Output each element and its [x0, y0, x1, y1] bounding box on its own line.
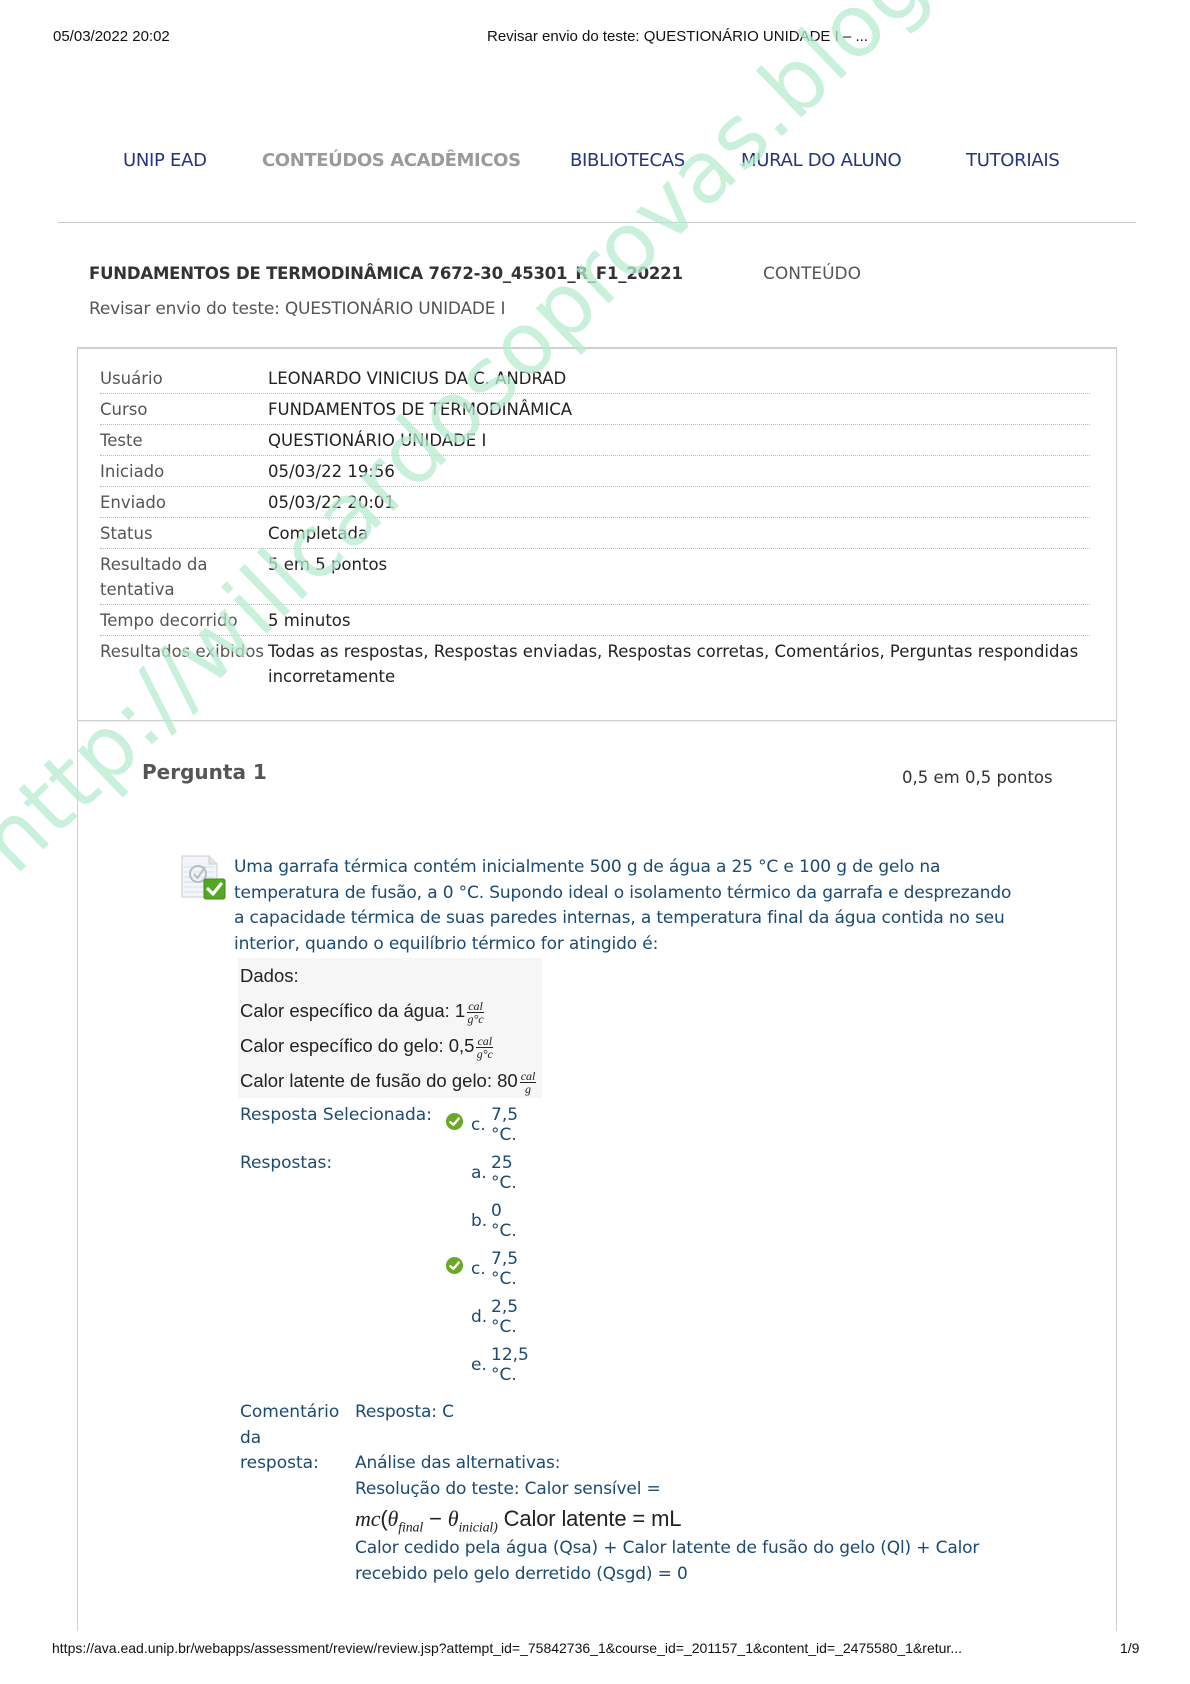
summary-label: Status — [100, 521, 268, 546]
answer-text: 12,5 °C. — [491, 1345, 529, 1385]
answer-text: 2,5 °C. — [491, 1297, 518, 1337]
summary-label: Teste — [100, 428, 268, 453]
answer-letter: c. — [471, 1259, 486, 1279]
comment-analysis: Análise das alternativas: — [355, 1451, 1005, 1477]
page-title: Revisar envio do teste: QUESTIONÁRIO UNI… — [89, 299, 505, 319]
question-text: Uma garrafa térmica contém inicialmente … — [234, 855, 1024, 957]
answer-text: 0 °C. — [491, 1201, 517, 1241]
summary-value: FUNDAMENTOS DE TERMODINÂMICA — [268, 397, 1090, 422]
summary-row: UsuárioLEONARDO VINICIUS DA C. ANDRAD — [100, 363, 1090, 394]
nav-unip-ead[interactable]: UNIP EAD — [123, 150, 207, 171]
summary-value: 05/03/22 19:56 — [268, 459, 1090, 484]
summary-value: 5 em 5 pontos — [268, 552, 1090, 602]
summary-value: QUESTIONÁRIO UNIDADE I — [268, 428, 1090, 453]
summary-row: Enviado05/03/22 20:01 — [100, 487, 1090, 518]
nav-conteudos-academicos[interactable]: CONTEÚDOS ACADÊMICOS — [262, 150, 521, 171]
summary-row: StatusCompletada — [100, 518, 1090, 549]
summary-label: Tempo decorrido — [100, 608, 268, 633]
print-title: Revisar envio do teste: QUESTIONÁRIO UNI… — [487, 28, 868, 45]
attempt-summary: UsuárioLEONARDO VINICIUS DA C. ANDRADCur… — [77, 347, 1117, 721]
summary-value: 5 minutos — [268, 608, 1090, 633]
summary-row: CursoFUNDAMENTOS DE TERMODINÂMICA — [100, 394, 1090, 425]
comment-answer: Resposta: C — [355, 1400, 1005, 1426]
summary-value: Completada — [268, 521, 1090, 546]
comment-equation: Calor cedido pela água (Qsa) + Calor lat… — [355, 1536, 1005, 1587]
summary-label: Resultado da tentativa — [100, 552, 268, 602]
answers-label: Respostas: — [240, 1153, 332, 1173]
answer-text: 7,5 °C. — [491, 1249, 518, 1289]
answer-letter: d. — [471, 1307, 487, 1327]
correct-check-icon — [445, 1256, 464, 1275]
summary-label: Iniciado — [100, 459, 268, 484]
comment-resolution: Resolução do teste: Calor sensível = — [355, 1477, 1005, 1503]
correct-check-icon — [445, 1112, 464, 1131]
question-frame-left — [77, 721, 78, 1631]
summary-row: Tempo decorrido5 minutos — [100, 605, 1090, 636]
summary-value: Todas as respostas, Respostas enviadas, … — [268, 639, 1090, 689]
answer-comment: Resposta: C Análise das alternativas: Re… — [355, 1400, 1005, 1587]
data-line: Calor específico da água: 1calg°c — [240, 993, 536, 1028]
question-data-image: Dados: Calor específico da água: 1calg°c… — [238, 958, 542, 1098]
print-footer: https://ava.ead.unip.br/webapps/assessme… — [0, 1640, 1190, 1660]
correct-answer-icon — [179, 853, 227, 901]
nav-divider — [58, 222, 1136, 223]
breadcrumb-course[interactable]: FUNDAMENTOS DE TERMODINÂMICA 7672-30_453… — [89, 264, 683, 283]
summary-row: Resultado da tentativa5 em 5 pontos — [100, 549, 1090, 605]
print-header: 05/03/2022 20:02 Revisar envio do teste:… — [0, 28, 1190, 52]
summary-label: Curso — [100, 397, 268, 422]
data-line: Calor específico do gelo: 0,5calg°c — [240, 1028, 536, 1063]
data-heading: Dados: — [240, 958, 536, 993]
summary-label: Usuário — [100, 366, 268, 391]
print-datetime: 05/03/2022 20:02 — [53, 28, 170, 45]
summary-value: 05/03/22 20:01 — [268, 490, 1090, 515]
question-frame-right — [1116, 721, 1117, 1631]
nav-mural-do-aluno[interactable]: MURAL DO ALUNO — [741, 150, 901, 171]
answer-text: 25 °C. — [491, 1153, 517, 1193]
summary-row: Resultados exibidosTodas as respostas, R… — [100, 636, 1090, 691]
question-points: 0,5 em 0,5 pontos — [902, 768, 1053, 787]
question-title: Pergunta 1 — [142, 760, 267, 784]
summary-label: Enviado — [100, 490, 268, 515]
comment-label: Comentáriodaresposta: — [240, 1400, 340, 1477]
data-line: Calor latente de fusão do gelo: 80calg — [240, 1063, 536, 1098]
top-navigation: UNIP EAD CONTEÚDOS ACADÊMICOS BIBLIOTECA… — [0, 150, 1190, 180]
answer-letter: e. — [471, 1355, 487, 1375]
print-url: https://ava.ead.unip.br/webapps/assessme… — [52, 1640, 962, 1656]
summary-label: Resultados exibidos — [100, 639, 268, 689]
comment-formula: mc(θfinal − θinicial) Calor latente = mL — [355, 1502, 1005, 1536]
nav-tutoriais[interactable]: TUTORIAIS — [966, 150, 1060, 171]
summary-row: Iniciado05/03/22 19:56 — [100, 456, 1090, 487]
breadcrumb-content-link[interactable]: CONTEÚDO — [763, 264, 861, 284]
summary-value: LEONARDO VINICIUS DA C. ANDRAD — [268, 366, 1090, 391]
summary-table: UsuárioLEONARDO VINICIUS DA C. ANDRADCur… — [100, 363, 1090, 691]
summary-row: TesteQUESTIONÁRIO UNIDADE I — [100, 425, 1090, 456]
nav-bibliotecas[interactable]: BIBLIOTECAS — [570, 150, 685, 171]
print-page-number: 1/9 — [1120, 1640, 1139, 1656]
answer-letter: b. — [471, 1211, 487, 1231]
answer-letter: a. — [471, 1163, 487, 1183]
selected-answer-label: Resposta Selecionada: — [240, 1105, 432, 1125]
